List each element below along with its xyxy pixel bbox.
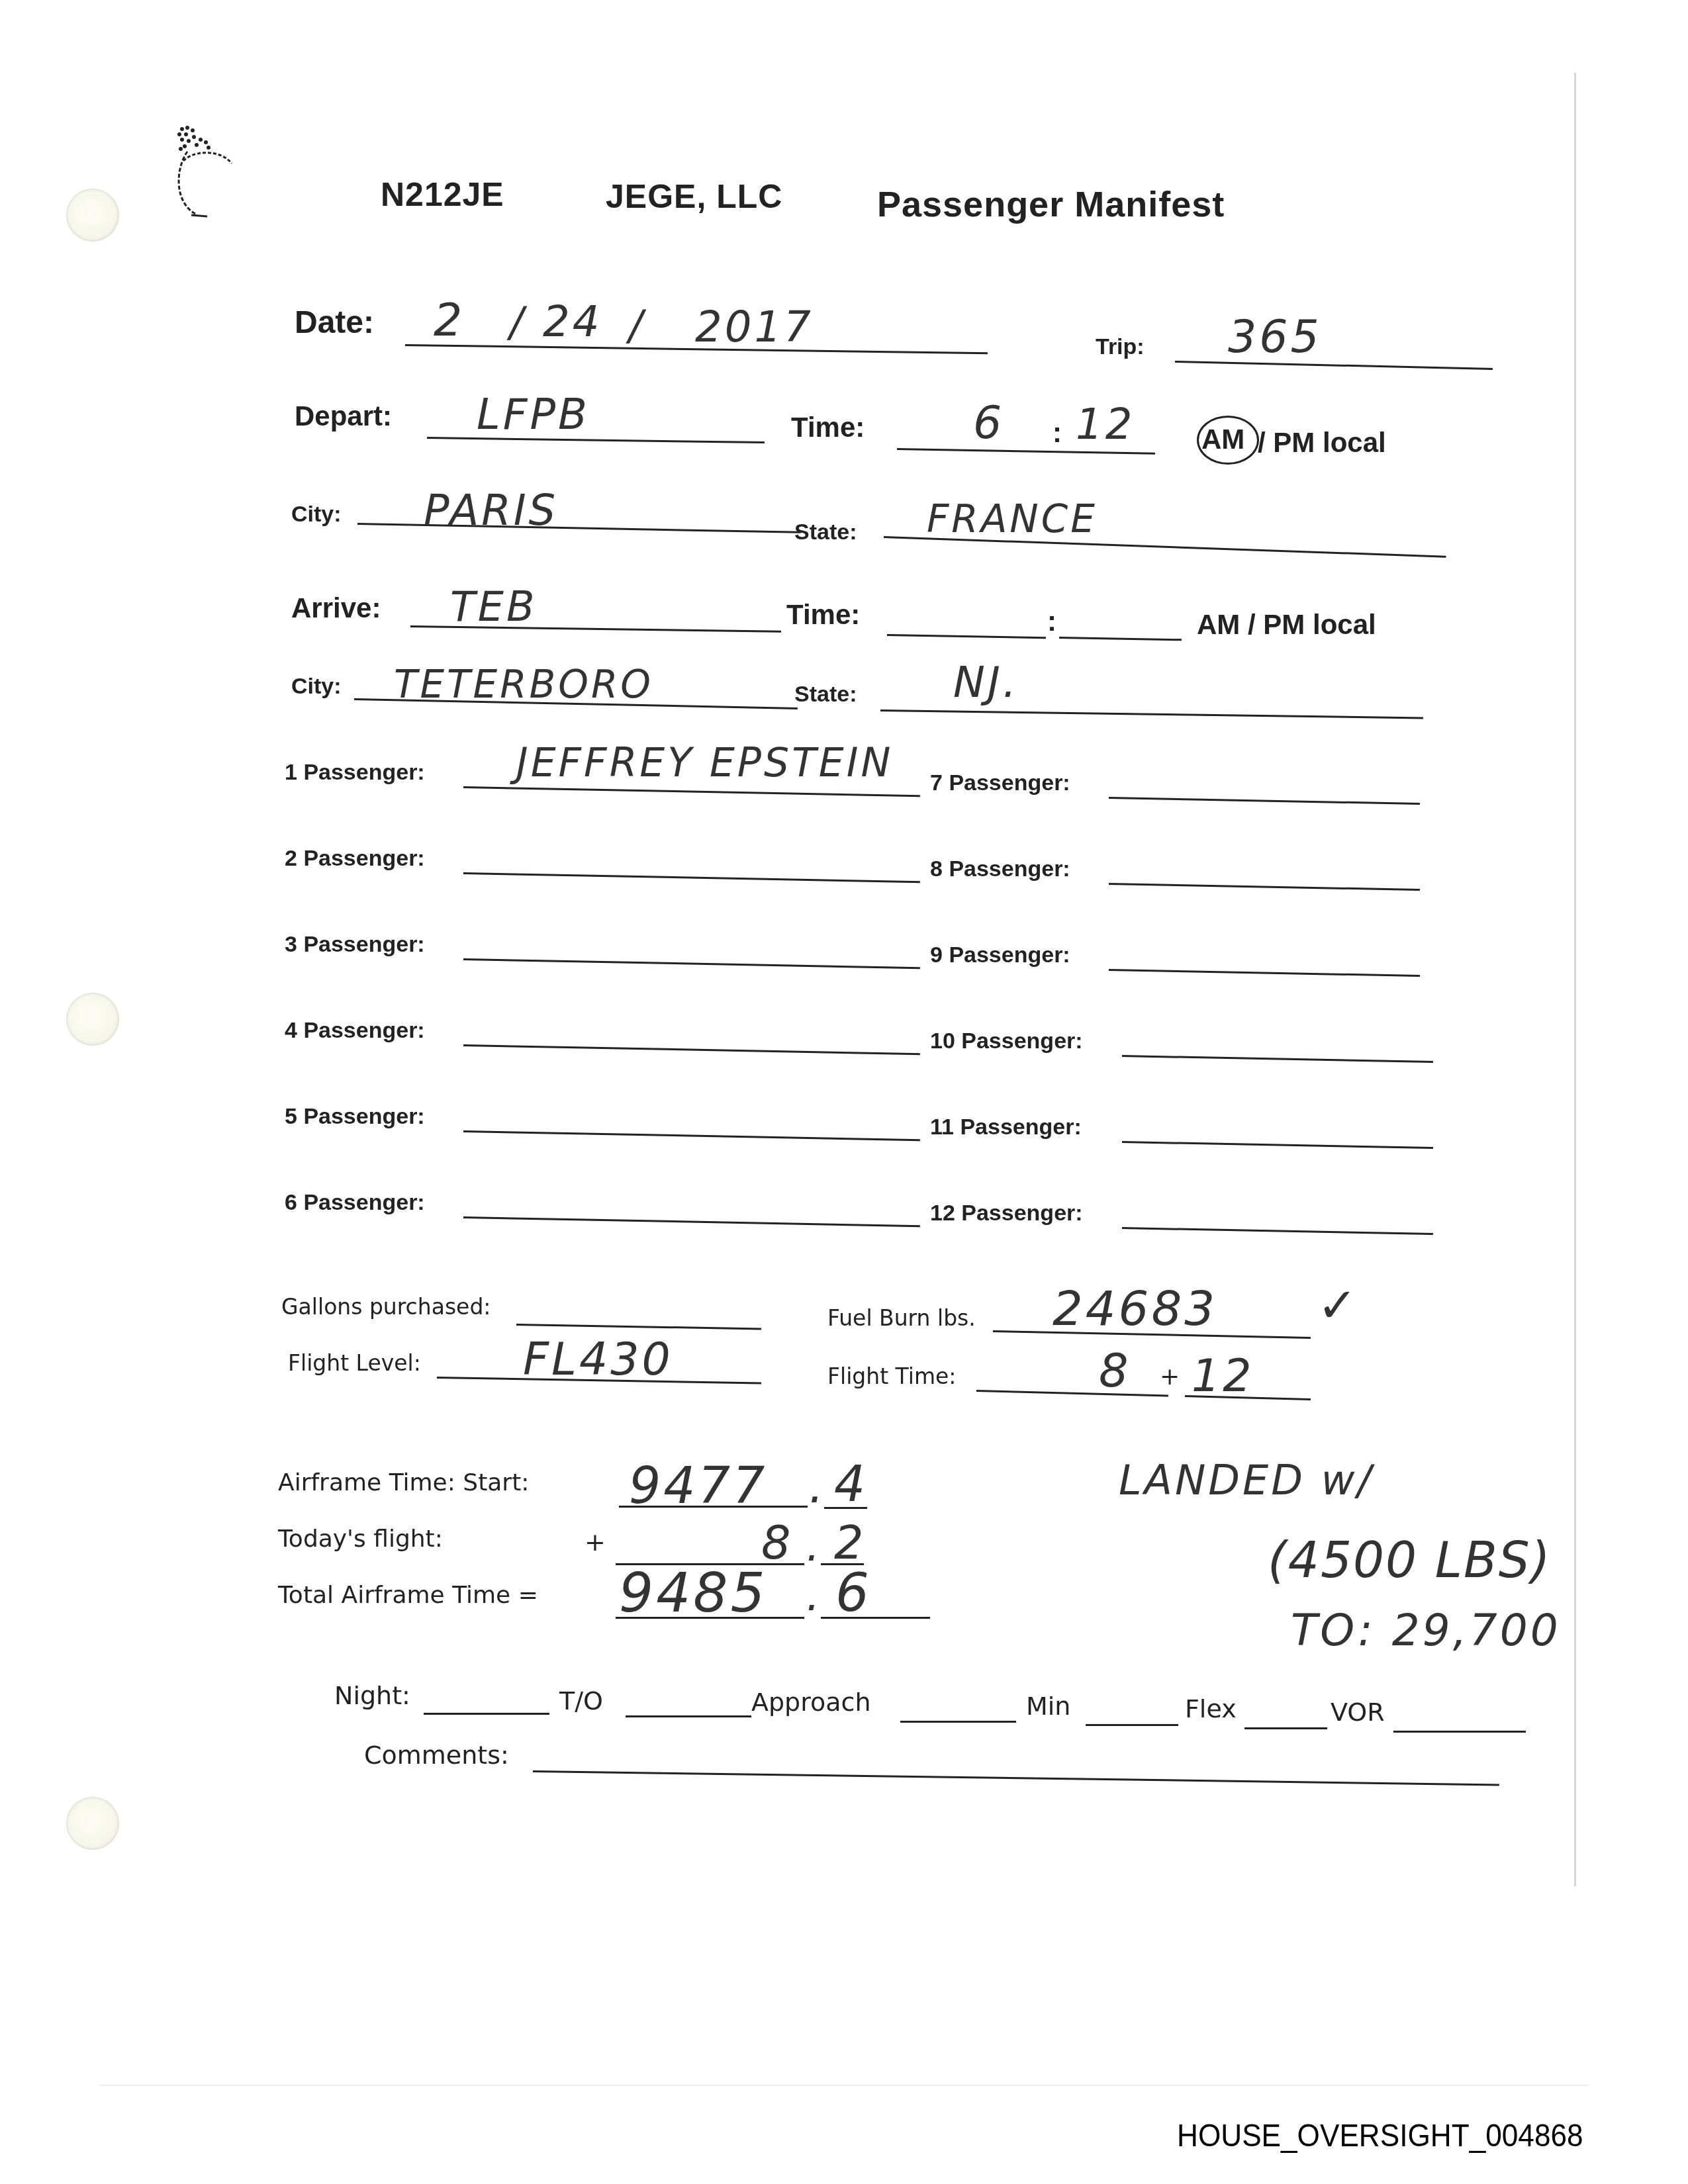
date-separator-2: / — [629, 301, 645, 349]
passenger-6-field[interactable] — [463, 1216, 920, 1227]
depart-hour-value: 6 — [973, 397, 1004, 449]
company-name: JEGE, LLC — [606, 177, 782, 216]
passenger-6-label: 6 Passenger: — [285, 1190, 425, 1216]
arrive-city-value: TETERBORO — [394, 662, 653, 707]
flex-label: Flex — [1185, 1694, 1237, 1723]
passenger-7-label: 7 Passenger: — [930, 770, 1070, 796]
passenger-label-text: Passenger: — [303, 1104, 424, 1129]
total-airframe-tenth-value: 6 — [835, 1562, 872, 1623]
depart-city-label: City: — [291, 502, 342, 527]
vor-label: VOR — [1331, 1698, 1385, 1727]
date-separator-1: / — [510, 298, 526, 346]
depart-state-label: State: — [794, 520, 857, 545]
passenger-label-text: Passenger: — [303, 932, 424, 957]
company-logo-icon — [169, 122, 242, 222]
flight-time-hours-value: 8 — [1099, 1343, 1131, 1398]
arrive-time-label: Time: — [786, 599, 860, 631]
hole-punch-bottom — [66, 1797, 119, 1850]
trip-field[interactable] — [1175, 361, 1493, 370]
total-airframe-whole-value: 9485 — [619, 1562, 768, 1625]
passenger-10-field[interactable] — [1122, 1055, 1433, 1063]
flex-field[interactable] — [1244, 1727, 1327, 1729]
passenger-12-field[interactable] — [1122, 1227, 1433, 1235]
passenger-number: 7 — [930, 770, 943, 796]
gallons-purchased-label: Gallons purchased: — [281, 1294, 491, 1320]
passenger-9-field[interactable] — [1109, 969, 1420, 977]
passenger-5-label: 5 Passenger: — [285, 1104, 425, 1130]
total-airframe-dot: . — [806, 1572, 822, 1621]
arrive-label: Arrive: — [291, 592, 381, 624]
page-bottom-edge — [99, 2085, 1589, 2086]
arrive-state-field[interactable] — [880, 709, 1423, 719]
passenger-11-label: 11 Passenger: — [930, 1115, 1082, 1140]
passenger-7-field[interactable] — [1109, 797, 1420, 805]
airframe-start-tenth-value: 4 — [834, 1456, 868, 1513]
comments-field[interactable] — [533, 1770, 1499, 1786]
passenger-1-field[interactable] — [463, 786, 920, 797]
fuel-burn-value: 24683 — [1053, 1281, 1217, 1336]
flight-time-hours-field[interactable] — [976, 1390, 1168, 1397]
passenger-number: 11 — [930, 1115, 954, 1140]
passenger-3-label: 3 Passenger: — [285, 932, 425, 958]
passenger-8-label: 8 Passenger: — [930, 856, 1070, 882]
passenger-1-value: JEFFREY EPSTEIN — [516, 740, 893, 786]
passenger-number: 9 — [930, 942, 943, 968]
checkmark-icon: ✓ — [1317, 1277, 1360, 1333]
arrive-hour-field[interactable] — [887, 634, 1046, 639]
passenger-label-text: Passenger: — [961, 1028, 1082, 1054]
passenger-9-label: 9 Passenger: — [930, 942, 1070, 968]
bates-number: HOUSE_OVERSIGHT_004868 — [1177, 2118, 1583, 2154]
note-takeoff-fuel: TO: 29,700 — [1291, 1605, 1561, 1656]
date-month-value: 2 — [434, 295, 465, 347]
hole-punch-top — [66, 189, 119, 242]
todays-flight-plus: + — [585, 1527, 606, 1557]
arrive-state-value: NJ. — [953, 659, 1019, 707]
airframe-start-whole-value: 9477 — [629, 1456, 767, 1515]
passenger-number: 4 — [285, 1018, 297, 1043]
fuel-burn-label: Fuel Burn lbs. — [827, 1305, 976, 1331]
passenger-4-label: 4 Passenger: — [285, 1018, 425, 1044]
depart-airport-value: LFPB — [477, 390, 590, 439]
todays-flight-dot: . — [806, 1522, 822, 1571]
passenger-number: 6 — [285, 1190, 297, 1215]
passenger-1-label: 1 Passenger: — [285, 760, 425, 786]
passenger-label-text: Passenger: — [949, 770, 1070, 796]
takeoff-field[interactable] — [626, 1715, 751, 1717]
passenger-10-label: 10 Passenger: — [930, 1028, 1083, 1054]
note-landed-fuel: (4500 LBS) — [1268, 1532, 1552, 1589]
passenger-number: 5 — [285, 1104, 297, 1129]
flight-time-plus: + — [1160, 1363, 1180, 1390]
airframe-start-label: Airframe Time: Start: — [278, 1469, 529, 1496]
passenger-label-text: Passenger: — [303, 846, 424, 871]
time-colon-depart: : — [1053, 417, 1062, 449]
flight-level-label: Flight Level: — [288, 1350, 421, 1376]
todays-flight-label: Today's flight: — [278, 1525, 443, 1553]
hole-punch-middle — [66, 993, 119, 1046]
approach-label: Approach — [751, 1688, 871, 1717]
note-landed-with: LANDED w/ — [1119, 1456, 1374, 1504]
form-title: Passenger Manifest — [877, 184, 1225, 225]
passenger-11-field[interactable] — [1122, 1141, 1433, 1149]
passenger-label-text: Passenger: — [960, 1115, 1081, 1140]
depart-pm-local-label: / PM local — [1258, 427, 1386, 459]
passenger-2-label: 2 Passenger: — [285, 846, 425, 872]
depart-city-value: PARIS — [424, 486, 558, 535]
passenger-label-text: Passenger: — [961, 1201, 1082, 1226]
min-label: Min — [1026, 1692, 1070, 1721]
passenger-8-field[interactable] — [1109, 883, 1420, 891]
passenger-4-field[interactable] — [463, 1044, 920, 1055]
arrive-city-label: City: — [291, 674, 342, 700]
passenger-label-text: Passenger: — [949, 856, 1070, 882]
passenger-label-text: Passenger: — [303, 760, 424, 785]
min-field[interactable] — [1086, 1724, 1178, 1726]
depart-label: Depart: — [295, 400, 392, 432]
time-colon-arrive: : — [1047, 606, 1056, 637]
flight-time-minutes-value: 12 — [1192, 1350, 1254, 1402]
tail-number: N212JE — [381, 175, 504, 214]
passenger-2-field[interactable] — [463, 872, 920, 883]
approach-field[interactable] — [900, 1721, 1016, 1723]
passenger-number: 8 — [930, 856, 943, 882]
passenger-number: 2 — [285, 846, 297, 871]
flight-level-value: FL430 — [523, 1334, 673, 1386]
vor-field[interactable] — [1393, 1731, 1526, 1733]
total-airframe-label: Total Airframe Time = — [278, 1582, 538, 1609]
gallons-purchased-field[interactable] — [516, 1324, 761, 1330]
depart-time-label: Time: — [791, 412, 865, 443]
passenger-3-field[interactable] — [463, 958, 920, 969]
date-label: Date: — [295, 304, 374, 341]
arrive-ampm-local-label[interactable]: AM / PM local — [1197, 609, 1376, 641]
passenger-label-text: Passenger: — [949, 942, 1070, 968]
depart-minute-value: 12 — [1076, 400, 1135, 449]
trip-label: Trip: — [1096, 334, 1145, 360]
passenger-label-text: Passenger: — [303, 1018, 424, 1043]
arrive-state-label: State: — [794, 682, 857, 707]
passenger-number: 1 — [285, 760, 297, 785]
depart-state-value: FRANCE — [927, 496, 1098, 541]
flight-time-label: Flight Time: — [827, 1363, 957, 1389]
date-day-value: 24 — [543, 298, 602, 347]
passenger-number: 10 — [930, 1028, 955, 1054]
date-year-value: 2017 — [695, 303, 814, 352]
night-field[interactable] — [424, 1713, 549, 1715]
page-edge-shadow — [1574, 73, 1576, 1886]
comments-label: Comments: — [364, 1741, 509, 1770]
depart-am-option[interactable]: AM — [1201, 424, 1244, 455]
passenger-5-field[interactable] — [463, 1130, 920, 1141]
passenger-12-label: 12 Passenger: — [930, 1201, 1083, 1226]
passenger-number: 3 — [285, 932, 297, 957]
passenger-number: 12 — [930, 1201, 955, 1226]
takeoff-label: T/O — [559, 1686, 603, 1715]
night-label: Night: — [334, 1681, 410, 1710]
trip-number-value: 365 — [1228, 311, 1322, 363]
arrive-airport-value: TEB — [450, 582, 538, 631]
arrive-minute-field[interactable] — [1059, 637, 1182, 641]
passenger-label-text: Passenger: — [303, 1190, 424, 1215]
airframe-start-dot: . — [809, 1459, 826, 1514]
